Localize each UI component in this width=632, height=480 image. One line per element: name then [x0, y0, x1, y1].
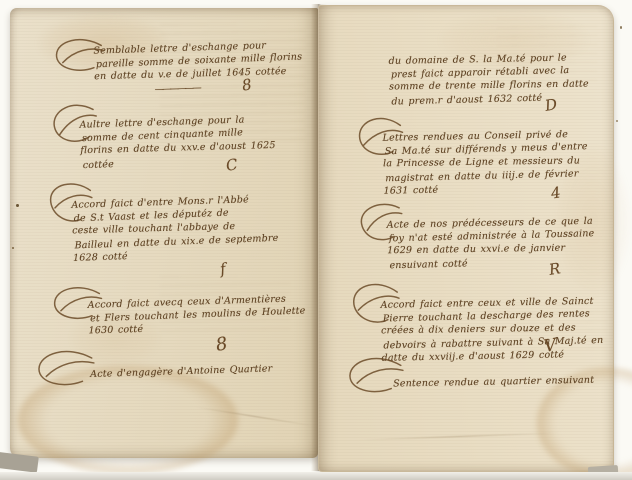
manuscript-entry: Aultre lettre d'eschange pour la somme d…	[53, 105, 276, 173]
photo-background: Semblable lettre d'eschange pour pareill…	[0, 0, 632, 480]
manuscript-entry: Sentence rendue au quartier ensuivant	[349, 360, 595, 392]
ink-speck	[616, 120, 618, 122]
manuscript-line: Sentence rendue au quartier ensuivant	[393, 374, 594, 391]
ink-speck	[16, 204, 19, 207]
manuscript-entry: du domaine de S. la Ma.té pour le prest …	[389, 51, 590, 108]
ink-speck	[620, 26, 622, 29]
table-surface-edge	[0, 472, 632, 480]
flourish-initial-icon	[33, 348, 96, 392]
manuscript-entry: Accord faict avecq ceux d'Armentières et…	[53, 286, 304, 339]
manuscript-entry: Accord faict entre ceux et ville de Sain…	[352, 286, 601, 366]
manuscript-entry: Accord faict d'entre Mons.r l'Abbé de S.…	[49, 182, 277, 265]
ink-speck	[12, 247, 14, 249]
flourish-initial-icon	[345, 355, 406, 398]
manuscript-entry: Semblable lettre d'eschange pour pareill…	[55, 38, 301, 98]
paper-crease	[196, 407, 315, 427]
cote-mark: 8	[241, 75, 253, 94]
paper-crease	[359, 433, 559, 441]
cote-mark: f	[219, 260, 227, 279]
manuscript-line: Acte d'engagère d'Antoine Quartier	[90, 362, 273, 381]
left-page: Semblable lettre d'eschange pour pareill…	[10, 8, 318, 458]
manuscript-entry: Acte d'engagère d'Antoine Quartier	[38, 350, 273, 383]
cote-mark: D	[544, 95, 559, 115]
cote-mark: 4	[550, 183, 562, 202]
right-page: du domaine de S. la Ma.té pour le prest …	[318, 5, 614, 472]
